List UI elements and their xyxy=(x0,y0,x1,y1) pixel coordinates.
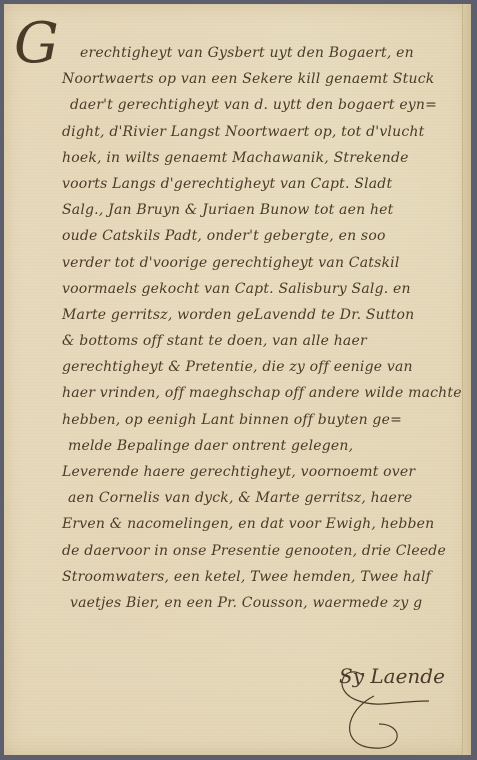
text-line: melde Bepalinge daer ontrent gelegen, xyxy=(62,433,467,459)
manuscript-page: G erechtigheyt van Gysbert uyt den Bogae… xyxy=(4,4,471,755)
text-line: Erven & nacomelingen, en dat voor Ewigh,… xyxy=(62,511,467,537)
text-line: oude Catskils Padt, onder't gebergte, en… xyxy=(62,223,467,249)
text-line: de daervoor in onse Presentie genooten, … xyxy=(62,538,467,564)
scan-background: G erechtigheyt van Gysbert uyt den Bogae… xyxy=(0,0,477,760)
text-line: voorts Langs d'gerechtigheyt van Capt. S… xyxy=(62,171,467,197)
text-line: Salg., Jan Bruyn & Juriaen Bunow tot aen… xyxy=(62,197,467,223)
text-line: daer't gerechtigheyt van d. uytt den bog… xyxy=(62,92,467,118)
text-line: erechtigheyt van Gysbert uyt den Bogaert… xyxy=(62,40,467,66)
text-line: voormaels gekocht van Capt. Salisbury Sa… xyxy=(62,276,467,302)
text-line: Marte gerritsz, worden geLavendd te Dr. … xyxy=(62,302,467,328)
text-line: Stroomwaters, een ketel, Twee hemden, Tw… xyxy=(62,564,467,590)
text-line: Leverende haere gerechtigheyt, voornoemt… xyxy=(62,459,467,485)
text-line: verder tot d'voorige gerechtigheyt van C… xyxy=(62,250,467,276)
text-line: aen Cornelis van dyck, & Marte gerritsz,… xyxy=(62,485,467,511)
decorated-initial: G xyxy=(14,16,59,72)
manuscript-text: erechtigheyt van Gysbert uyt den Bogaert… xyxy=(62,40,467,616)
text-line: haer vrinden, off maeghschap off andere … xyxy=(62,380,467,406)
text-line: & bottoms off stant te doen, van alle ha… xyxy=(62,328,467,354)
text-line: dight, d'Rivier Langst Noortwaert op, to… xyxy=(62,119,467,145)
text-line: vaetjes Bier, en een Pr. Cousson, waerme… xyxy=(62,590,467,616)
text-line: hoek, in wilts genaemt Machawanik, Strek… xyxy=(62,145,467,171)
signature: Sy Laende xyxy=(339,664,445,688)
text-line: hebben, op eenigh Lant binnen off buyten… xyxy=(62,407,467,433)
text-line: Noortwaerts op van een Sekere kill genae… xyxy=(62,66,467,92)
text-line: gerechtigheyt & Pretentie, die zy off ee… xyxy=(62,354,467,380)
